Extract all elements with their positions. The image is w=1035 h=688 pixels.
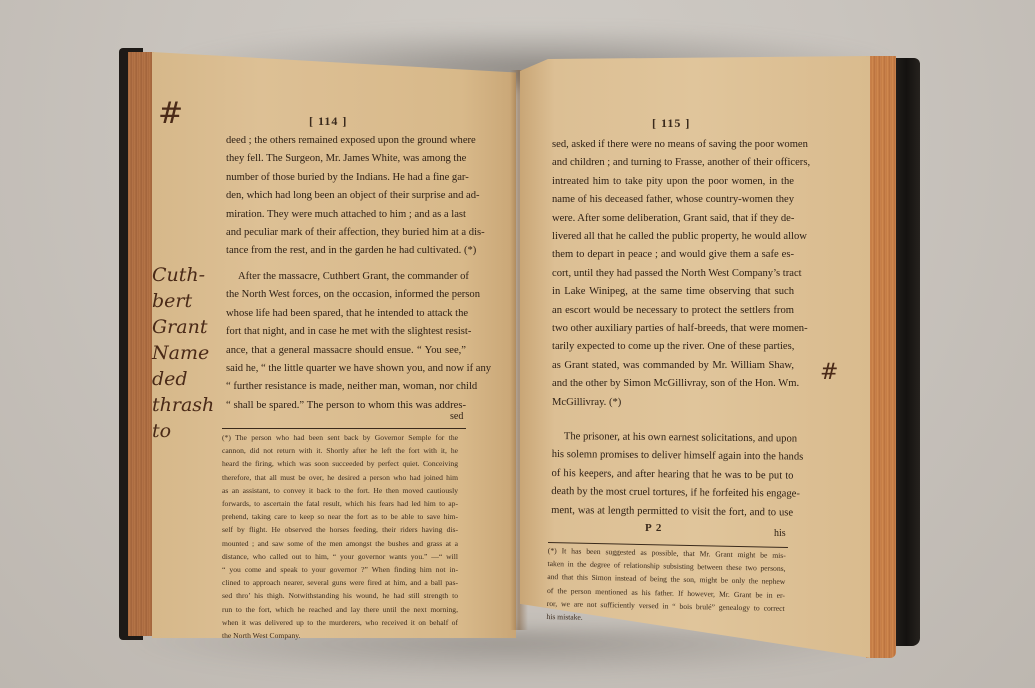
- handwritten-line: Name: [152, 340, 222, 366]
- page-edges-left: [128, 52, 154, 636]
- text-line: as Grant stated, was commanded by Mr. Wi…: [552, 357, 794, 375]
- text-line: tarily expected to come up the river. On…: [552, 338, 794, 356]
- handwritten-line: Grant: [152, 314, 222, 340]
- footnote-line: forwards, to ascertain the fatal result,…: [222, 497, 458, 510]
- footnote-line: when it was delivered up to the murderer…: [222, 616, 458, 629]
- text-line: and children ; and turning to Frasse, an…: [552, 154, 794, 172]
- text-line: ment, was at length permitted to visit t…: [551, 502, 793, 523]
- footnote-line: “ you come and speak to your governor ?”…: [222, 563, 458, 576]
- text-line: cort, until they had passed the North We…: [552, 265, 794, 283]
- handwritten-line: Cuth-: [152, 262, 222, 288]
- footnote-line: prehend, taking care to keep so near the…: [222, 510, 458, 523]
- catchword-right: his: [774, 528, 786, 539]
- margin-mark-hash-icon: #: [820, 360, 838, 385]
- right-page-footnote: (*) It has been suggested as possible, t…: [546, 544, 786, 628]
- catchword-left: sed: [450, 411, 463, 422]
- text-line: death by the most cruel tortures, if he …: [551, 483, 793, 504]
- handwritten-line: thrash: [152, 392, 222, 418]
- handwritten-margin-note: Cuth- bert Grant Name ded thrash to: [152, 262, 222, 444]
- right-page-paragraph-1: sed, asked if there were no means of sav…: [552, 136, 794, 412]
- text-line: name of his deceased father, whose count…: [552, 191, 794, 209]
- footnote-line: cannon, did not return with it. Shortly …: [222, 444, 458, 457]
- text-line: McGillivray. (*): [552, 394, 794, 412]
- text-line: intreated him to take pity upon the poor…: [552, 173, 794, 191]
- handwritten-line: bert: [152, 288, 222, 314]
- left-page-paragraph-2: After the massacre, Cuthbert Grant, the …: [226, 268, 466, 415]
- text-line: deed ; the others remained exposed upon …: [226, 132, 466, 150]
- text-line: After the massacre, Cuthbert Grant, the …: [226, 268, 466, 286]
- footnote-line: as an assistant, to convey it back to th…: [222, 484, 458, 497]
- text-line: “ further resistance is made, neither ma…: [226, 378, 466, 396]
- page-number-right: [ 115 ]: [652, 116, 690, 131]
- right-page-paragraph-2: The prisoner, at his own earnest solicit…: [551, 428, 794, 523]
- footnote-line: distance, who called out to him, “ your …: [222, 550, 458, 563]
- footnote-line: run to the fort, which he reached and la…: [222, 603, 458, 616]
- text-line: “ shall be spared.” The person to whom t…: [226, 397, 466, 415]
- footnote-line: the North West Company.: [222, 629, 458, 642]
- left-page-paragraph-1: deed ; the others remained exposed upon …: [226, 132, 466, 261]
- page-number-left: [ 114 ]: [309, 114, 347, 129]
- text-line: number of those buried by the Indians. H…: [226, 169, 466, 187]
- signature-mark: P 2: [645, 522, 662, 534]
- footnote-line: clined to approach nearer, several guns …: [222, 576, 458, 589]
- text-line: them to depart in peace ; and would give…: [552, 246, 794, 264]
- text-line: and peculiar mark of their affection, th…: [226, 224, 466, 242]
- footnote-line: (*) The person who had been sent back by…: [222, 431, 458, 444]
- text-line: and the other by Simon McGillivray, son …: [552, 375, 794, 393]
- footnote-line: sed thro’ his thigh. Notwithstanding his…: [222, 589, 458, 602]
- text-line: an escort would be necessary to protect …: [552, 302, 794, 320]
- page-edges-right: [866, 56, 896, 658]
- text-line: the North West forces, on the occasion, …: [226, 286, 466, 304]
- text-line: miration. They were much attached to him…: [226, 206, 466, 224]
- text-line: whose life had been spared, that he inte…: [226, 305, 466, 323]
- text-line: in Lake Winipeg, at the same time observ…: [552, 283, 794, 301]
- margin-mark-hash-icon: #: [158, 96, 183, 131]
- handwritten-line: to: [152, 418, 222, 444]
- text-line: two other auxiliary parties of half-bree…: [552, 320, 794, 338]
- text-line: sed, asked if there were no means of sav…: [552, 136, 794, 154]
- text-line: of his keepers, and after hearing that h…: [551, 465, 793, 486]
- text-line: fort that night, and in case he met with…: [226, 323, 466, 341]
- text-line: they fell. The Surgeon, Mr. James White,…: [226, 150, 466, 168]
- footnote-line: self by flight. He observed the horses f…: [222, 523, 458, 536]
- text-line: tance from the rest, and in the garden h…: [226, 242, 466, 260]
- footnote-rule-left: [222, 428, 466, 429]
- handwritten-line: ded: [152, 366, 222, 392]
- text-line: den, which had long been an object of th…: [226, 187, 466, 205]
- text-line: his solemn promises to deliver himself a…: [552, 446, 794, 467]
- text-line: ance, that a general massacre should ens…: [226, 342, 466, 360]
- footnote-line: heard the firing, which was soon succeed…: [222, 457, 458, 470]
- footnote-line: mounted ; and saw some of the men amongs…: [222, 537, 458, 550]
- text-line: livered all that he called the public pr…: [552, 228, 794, 246]
- text-line: said he, “ the little quarter we have sh…: [226, 360, 466, 378]
- footnote-line: therefore, that all must be over, he des…: [222, 471, 458, 484]
- left-page-footnote: (*) The person who had been sent back by…: [222, 431, 458, 642]
- text-line: were. After some deliberation, Grant sai…: [552, 210, 794, 228]
